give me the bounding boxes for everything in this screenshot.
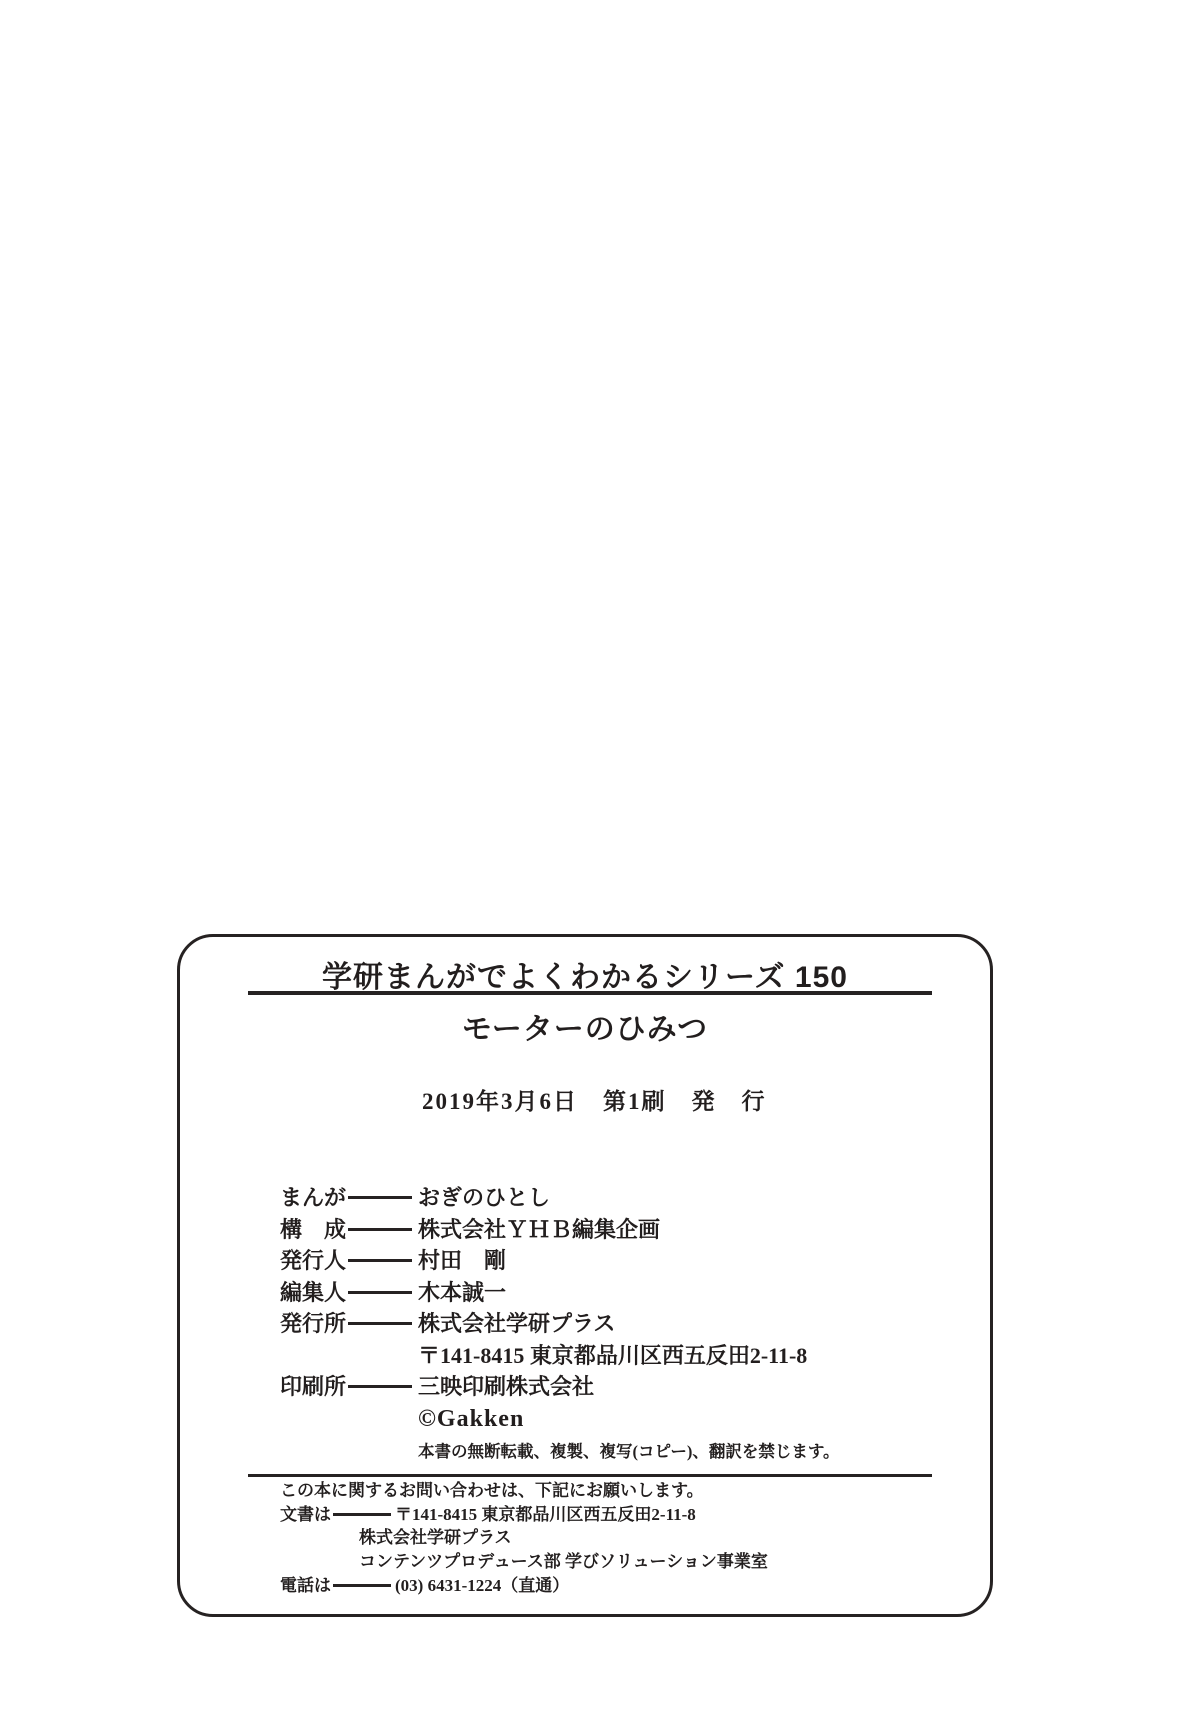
credit-row: 本書の無断転載、複製、複写(コピー)、翻訳を禁じます。 xyxy=(280,1434,970,1466)
contact-label: 電話は xyxy=(280,1576,331,1595)
credit-dash xyxy=(348,1322,412,1325)
credit-row: 発行所株式会社学研プラス xyxy=(280,1308,970,1340)
credit-value: 本書の無断転載、複製、複写(コピー)、翻訳を禁じます。 xyxy=(418,1442,840,1461)
contact-label: 文書は xyxy=(280,1505,331,1524)
contact-row: 電話は(03) 6431-1224（直通） xyxy=(280,1574,970,1598)
credit-row: ©Gakken xyxy=(280,1403,970,1435)
contact-row: 株式会社学研プラス xyxy=(280,1526,970,1550)
credit-label: まんが xyxy=(280,1182,348,1214)
credits-list: まんがおぎのひとし 構 成株式会社ＹＨＢ編集企画 発行人村田 剛 編集人木本誠一… xyxy=(280,1182,970,1466)
credit-row: 発行人村田 剛 xyxy=(280,1245,970,1277)
credit-value: ©Gakken xyxy=(418,1406,524,1432)
contact-dash xyxy=(333,1584,391,1587)
credit-dash xyxy=(348,1259,412,1262)
credit-value: 株式会社学研プラス xyxy=(418,1311,615,1336)
credit-value: おぎのひとし xyxy=(418,1185,550,1210)
credit-label: 編集人 xyxy=(280,1277,348,1309)
credit-value: 〒141-8415 東京都品川区西五反田2-11-8 xyxy=(418,1343,807,1368)
page: 学研まんがでよくわかるシリーズ 150 モーターのひみつ 2019年3月6日 第… xyxy=(0,0,1178,1712)
contact-dash xyxy=(333,1513,391,1516)
credit-value: 三映印刷株式会社 xyxy=(418,1374,594,1399)
credit-value: 村田 剛 xyxy=(418,1248,506,1273)
contact-row: コンテンツプロデュース部 学びソリューション事業室 xyxy=(280,1550,970,1574)
contact-value: (03) 6431-1224（直通） xyxy=(395,1576,569,1595)
credit-value: 木本誠一 xyxy=(418,1280,506,1305)
credit-row: 構 成株式会社ＹＨＢ編集企画 xyxy=(280,1214,970,1246)
credit-dash xyxy=(348,1196,412,1199)
contact-row: 文書は〒141-8415 東京都品川区西五反田2-11-8 xyxy=(280,1503,970,1527)
title-divider xyxy=(248,991,932,995)
credit-label: 構 成 xyxy=(280,1214,348,1246)
credit-label: 発行人 xyxy=(280,1245,348,1277)
colophon-box: 学研まんがでよくわかるシリーズ 150 モーターのひみつ 2019年3月6日 第… xyxy=(177,934,993,1617)
credit-row: 〒141-8415 東京都品川区西五反田2-11-8 xyxy=(280,1340,970,1372)
contact-lines: 文書は〒141-8415 東京都品川区西五反田2-11-8 株式会社学研プラス … xyxy=(280,1503,970,1598)
credit-label: 発行所 xyxy=(280,1308,348,1340)
credit-row: まんがおぎのひとし xyxy=(280,1182,970,1214)
credit-row: 編集人木本誠一 xyxy=(280,1277,970,1309)
credit-row: 印刷所三映印刷株式会社 xyxy=(280,1371,970,1403)
contact-section: この本に関するお問い合わせは、下記にお願いします。 文書は〒141-8415 東… xyxy=(280,1479,970,1597)
contact-intro: この本に関するお問い合わせは、下記にお願いします。 xyxy=(280,1479,970,1503)
credit-dash xyxy=(348,1228,412,1231)
contact-value: 株式会社学研プラス xyxy=(359,1528,512,1547)
edition-line: 2019年3月6日 第1刷 発 行 xyxy=(422,1088,767,1116)
contact-divider xyxy=(248,1474,932,1477)
credit-dash xyxy=(348,1291,412,1294)
contact-value: コンテンツプロデュース部 学びソリューション事業室 xyxy=(359,1552,768,1571)
credit-dash xyxy=(348,1385,412,1388)
book-title: モーターのひみつ xyxy=(180,1011,990,1049)
contact-value: 〒141-8415 東京都品川区西五反田2-11-8 xyxy=(395,1505,696,1524)
credit-value: 株式会社ＹＨＢ編集企画 xyxy=(418,1217,660,1242)
credit-label: 印刷所 xyxy=(280,1371,348,1403)
